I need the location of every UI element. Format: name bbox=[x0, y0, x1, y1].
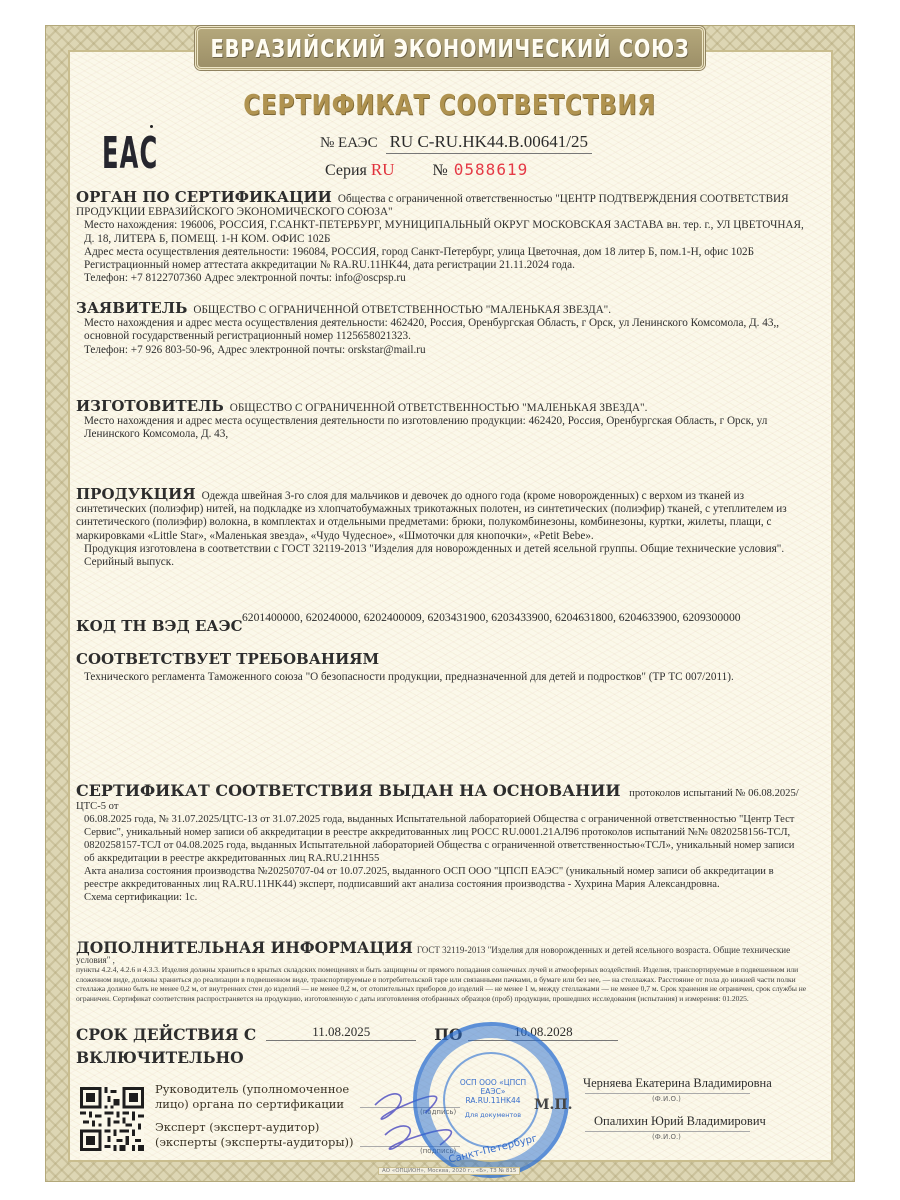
series-label: Серия bbox=[325, 162, 367, 180]
certification-body-location: Место нахождения: 196006, РОССИЯ, Г.САНК… bbox=[84, 219, 806, 245]
expert-name-line bbox=[585, 1131, 750, 1132]
head-fio-caption: (Ф.И.О.) bbox=[652, 1095, 681, 1103]
section-manufacturer: ИЗГОТОВИТЕЛЬОБЩЕСТВО С ОГРАНИЧЕННОЙ ОТВЕ… bbox=[76, 400, 806, 442]
product-release: Серийный выпуск. bbox=[84, 556, 806, 569]
tnved-codes: 6201400000, 620240000, 6202400009, 62034… bbox=[242, 611, 741, 624]
certification-body-contacts: Телефон: +7 8122707360 Адрес электронной… bbox=[84, 272, 806, 285]
head-label-line1: Руководитель (уполномоченное bbox=[155, 1082, 354, 1097]
applicant-contacts: Телефон: +7 926 803-50-96, Адрес электро… bbox=[84, 344, 806, 357]
section-heading: ОРГАН ПО СЕРТИФИКАЦИИ bbox=[76, 188, 332, 206]
certificate-number: № ЕАЭС RU C-RU.HK44.B.00641/25 bbox=[320, 132, 592, 154]
section-heading: ПРОДУКЦИЯ bbox=[76, 485, 196, 503]
validity-from-label: СРОК ДЕЙСТВИЯ С bbox=[76, 1025, 256, 1044]
document-title: СЕРТИФИКАТ СООТВЕТСТВИЯ bbox=[244, 88, 657, 121]
section-heading: КОД ТН ВЭД ЕАЭС bbox=[76, 617, 243, 635]
validity-from-date: 11.08.2025 bbox=[266, 1024, 416, 1041]
expert-label-line2: (эксперты (эксперты-аудиторы)) bbox=[155, 1135, 354, 1150]
section-product: ПРОДУКЦИЯОдежда швейная 3-го слоя для ма… bbox=[76, 488, 806, 569]
section-heading: ЗАЯВИТЕЛЬ bbox=[76, 299, 187, 317]
basis-act: Акта анализа состояния производства №202… bbox=[84, 865, 806, 891]
seal-label: М.П. bbox=[534, 1097, 572, 1113]
stamp-line3: Для документов bbox=[459, 1112, 527, 1119]
logo-dot bbox=[150, 125, 153, 128]
expert-fio-caption: (Ф.И.О.) bbox=[652, 1133, 681, 1141]
series-value: RU bbox=[371, 160, 395, 180]
applicant-name: ОБЩЕСТВО С ОГРАНИЧЕННОЙ ОТВЕТСТВЕННОСТЬЮ… bbox=[193, 304, 611, 316]
section-heading: СООТВЕТСТВУЕТ ТРЕБОВАНИЯМ bbox=[76, 650, 379, 668]
eac-logo-icon: ЕАС bbox=[102, 128, 158, 179]
union-banner: ЕВРАЗИЙСКИЙ ЭКОНОМИЧЕСКИЙ СОЮЗ bbox=[195, 26, 705, 70]
head-name-line bbox=[585, 1093, 750, 1094]
section-heading: ДОПОЛНИТЕЛЬНАЯ ИНФОРМАЦИЯ bbox=[76, 938, 413, 957]
serial-label: № bbox=[433, 162, 448, 180]
section-applicant: ЗАЯВИТЕЛЬОБЩЕСТВО С ОГРАНИЧЕННОЙ ОТВЕТСТ… bbox=[76, 302, 806, 357]
expert-label-line1: Эксперт (эксперт-аудитор) bbox=[155, 1120, 354, 1135]
head-name: Черняева Екатерина Владимировна bbox=[583, 1076, 772, 1091]
section-certification-body: ОРГАН ПО СЕРТИФИКАЦИИОбщества с ограниче… bbox=[76, 191, 806, 285]
certification-body-activity-address: Адрес места осуществления деятельности: … bbox=[84, 246, 806, 259]
stamp-line1: ОСП ООО «ЦПСП ЕАЭС»RA.RU.11HK44 bbox=[447, 1078, 539, 1105]
applicant-address: Место нахождения и адрес места осуществл… bbox=[84, 317, 806, 343]
basis-text: 06.08.2025 года, № 31.07.2025/ЦТС-13 от … bbox=[84, 813, 806, 865]
conformity-text: Технического регламента Таможенного союз… bbox=[84, 671, 806, 684]
serial-number: 0588619 bbox=[454, 160, 528, 179]
certificate-series: Серия RU № 0588619 bbox=[325, 160, 528, 180]
additional-text: пункты 4.2.4, 4.2.6 и 4.3.3. Изделия дол… bbox=[76, 965, 821, 1003]
expert-name: Опалихин Юрий Владимирович bbox=[594, 1114, 766, 1129]
certification-body-accreditation: Регистрационный номер аттестата аккредит… bbox=[84, 259, 806, 272]
section-conformity: СООТВЕТСТВУЕТ ТРЕБОВАНИЯМ Технического р… bbox=[76, 653, 806, 684]
manufacturer-address: Место нахождения и адрес места осуществл… bbox=[84, 415, 806, 441]
product-standard: Продукция изготовлена в соответствии с Г… bbox=[84, 543, 806, 556]
basis-scheme: Схема сертификации: 1с. bbox=[84, 891, 806, 904]
section-additional-info: ДОПОЛНИТЕЛЬНАЯ ИНФОРМАЦИЯГОСТ 32119-2013… bbox=[76, 943, 821, 1004]
certificate-number-value: RU C-RU.HK44.B.00641/25 bbox=[386, 132, 592, 154]
certificate-number-label: № ЕАЭС bbox=[320, 135, 378, 152]
qr-code-icon[interactable] bbox=[80, 1087, 144, 1151]
section-basis: СЕРТИФИКАТ СООТВЕТСТВИЯ ВЫДАН НА ОСНОВАН… bbox=[76, 784, 806, 904]
head-label-line2: лицо) органа по сертификации bbox=[155, 1097, 354, 1112]
manufacturer-name: ОБЩЕСТВО С ОГРАНИЧЕННОЙ ОТВЕТСТВЕННОСТЬЮ… bbox=[230, 402, 648, 414]
signer-labels: Руководитель (уполномоченное лицо) орган… bbox=[155, 1082, 354, 1150]
section-heading: СЕРТИФИКАТ СООТВЕТСТВИЯ ВЫДАН НА ОСНОВАН… bbox=[76, 781, 621, 800]
printer-imprint: АО «ОПЦИОН», Москва, 2020 г., «Б», ТЗ № … bbox=[378, 1167, 520, 1175]
section-heading: ИЗГОТОВИТЕЛЬ bbox=[76, 397, 224, 415]
document-title-block: СЕРТИФИКАТ СООТВЕТСТВИЯ bbox=[255, 86, 645, 122]
union-name: ЕВРАЗИЙСКИЙ ЭКОНОМИЧЕСКИЙ СОЮЗ bbox=[211, 34, 690, 63]
